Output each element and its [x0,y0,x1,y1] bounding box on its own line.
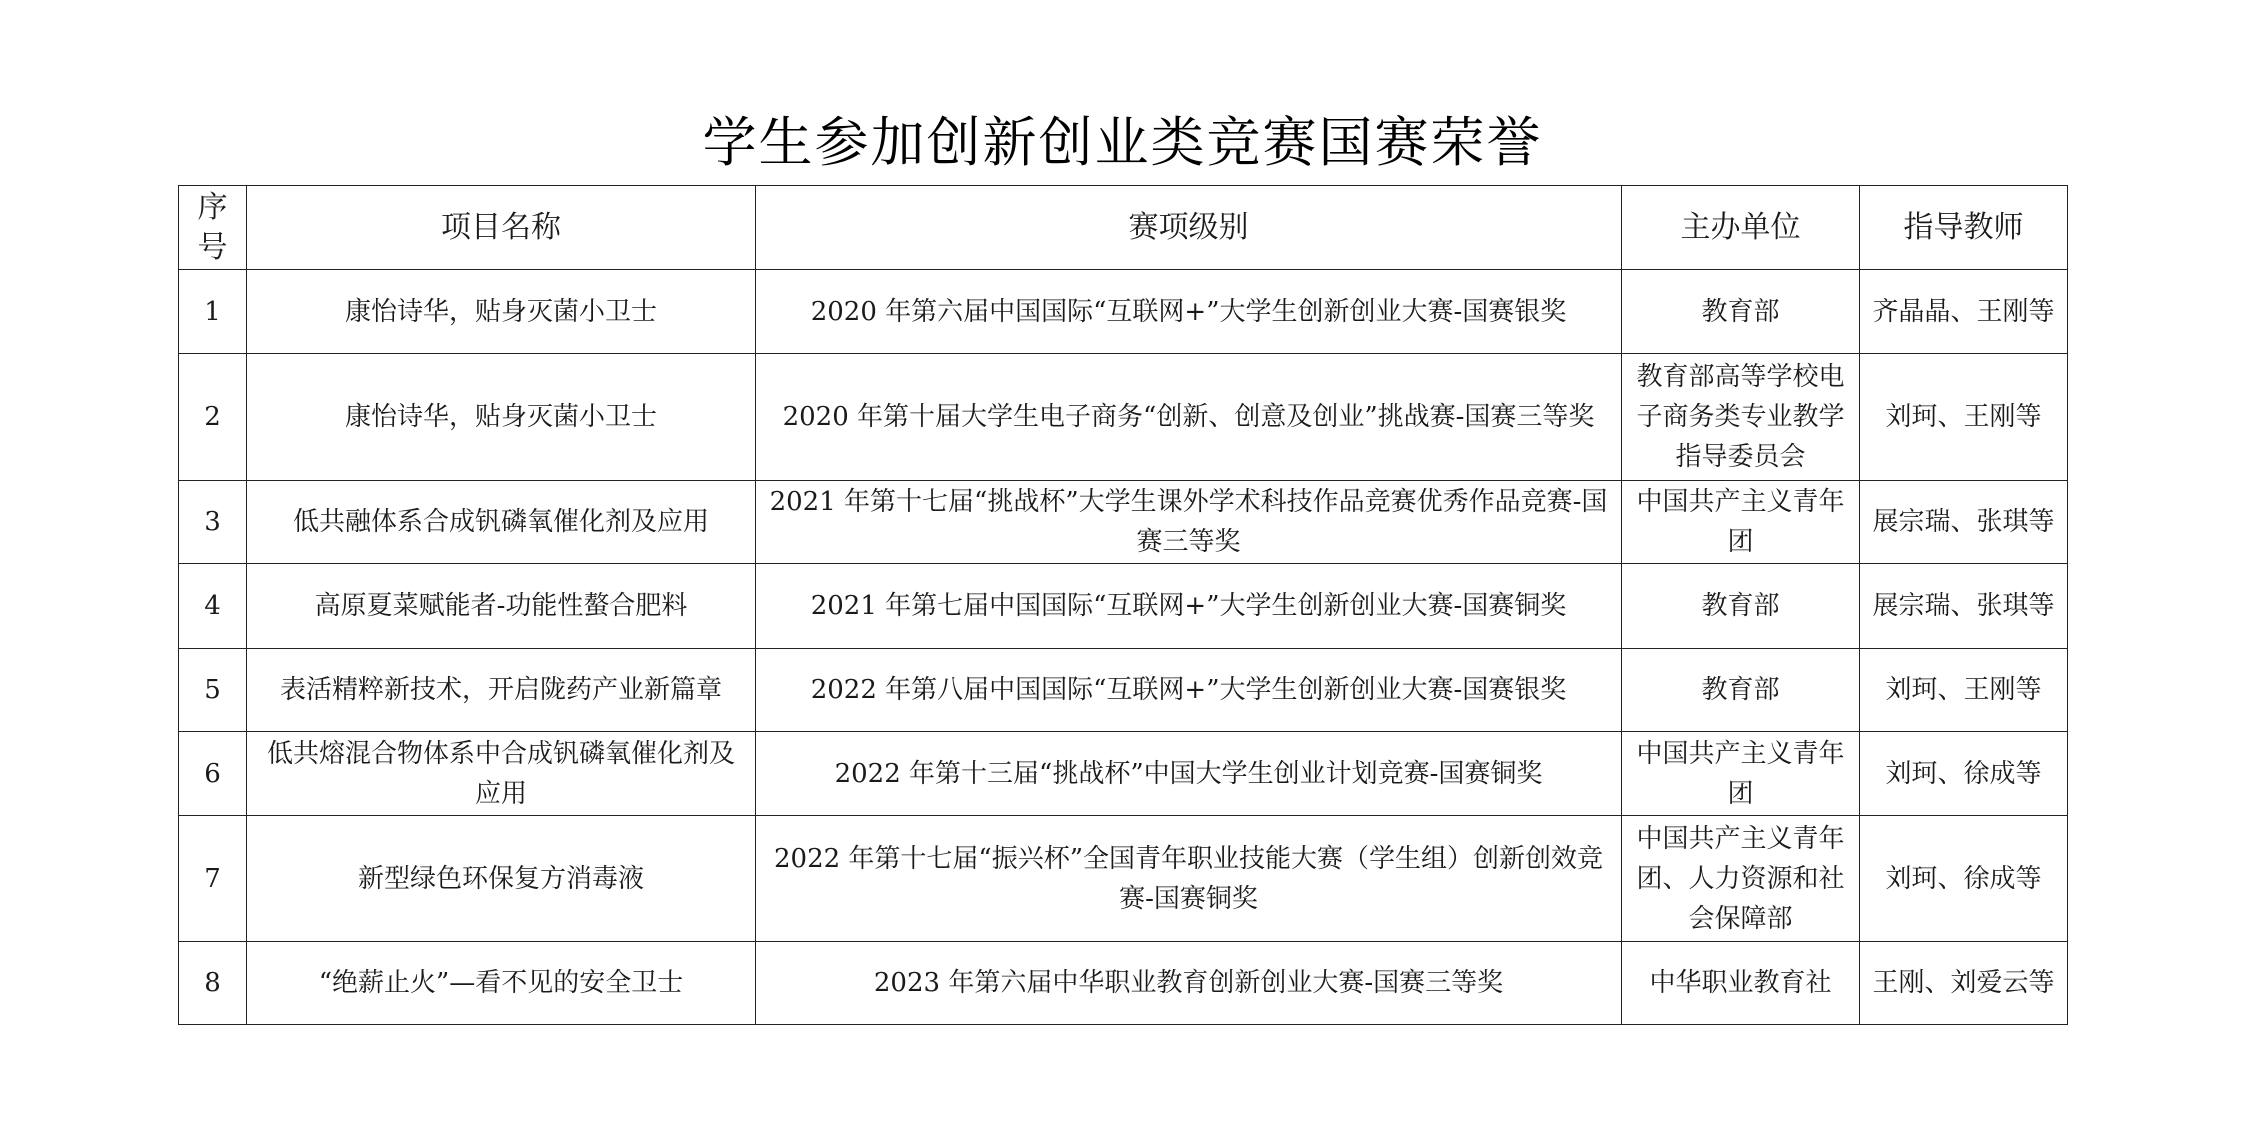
cell-project: 表活精粹新技术，开启陇药产业新篇章 [247,649,756,732]
header-organizer: 主办单位 [1622,186,1860,270]
page-title: 学生参加创新创业类竞赛国赛荣誉 [0,108,2245,178]
header-project: 项目名称 [247,186,756,270]
cell-organizer: 教育部高等学校电子商务类专业教学指导委员会 [1622,354,1860,481]
honors-table: 序号 项目名称 赛项级别 主办单位 指导教师 1 康怡诗华，贴身灭菌小卫士 20… [178,185,2068,1025]
cell-teachers: 展宗瑞、张琪等 [1860,564,2068,649]
cell-teachers: 刘珂、王刚等 [1860,354,2068,481]
cell-teachers: 刘珂、徐成等 [1860,732,2068,816]
table-row: 4 高原夏菜赋能者-功能性螯合肥料 2021 年第七届中国国际“互联网+”大学生… [179,564,2068,649]
cell-organizer: 教育部 [1622,564,1860,649]
table-row: 1 康怡诗华，贴身灭菌小卫士 2020 年第六届中国国际“互联网+”大学生创新创… [179,270,2068,354]
cell-level: 2022 年第十三届“挑战杯”中国大学生创业计划竞赛-国赛铜奖 [756,732,1622,816]
header-index: 序号 [179,186,247,270]
cell-index: 5 [179,649,247,732]
cell-level: 2021 年第七届中国国际“互联网+”大学生创新创业大赛-国赛铜奖 [756,564,1622,649]
cell-organizer: 中国共产主义青年团 [1622,481,1860,564]
cell-project: 高原夏菜赋能者-功能性螯合肥料 [247,564,756,649]
cell-index: 8 [179,942,247,1025]
table-row: 2 康怡诗华，贴身灭菌小卫士 2020 年第十届大学生电子商务“创新、创意及创业… [179,354,2068,481]
cell-organizer: 教育部 [1622,649,1860,732]
cell-level: 2020 年第六届中国国际“互联网+”大学生创新创业大赛-国赛银奖 [756,270,1622,354]
table-row: 6 低共熔混合物体系中合成钒磷氧催化剂及应用 2022 年第十三届“挑战杯”中国… [179,732,2068,816]
cell-index: 2 [179,354,247,481]
cell-project: 低共熔混合物体系中合成钒磷氧催化剂及应用 [247,732,756,816]
cell-teachers: 展宗瑞、张琪等 [1860,481,2068,564]
cell-index: 7 [179,816,247,942]
header-level: 赛项级别 [756,186,1622,270]
header-teachers: 指导教师 [1860,186,2068,270]
table-row: 5 表活精粹新技术，开启陇药产业新篇章 2022 年第八届中国国际“互联网+”大… [179,649,2068,732]
cell-organizer: 教育部 [1622,270,1860,354]
cell-index: 4 [179,564,247,649]
table-row: 3 低共融体系合成钒磷氧催化剂及应用 2021 年第十七届“挑战杯”大学生课外学… [179,481,2068,564]
cell-teachers: 王刚、刘爱云等 [1860,942,2068,1025]
cell-level: 2022 年第八届中国国际“互联网+”大学生创新创业大赛-国赛银奖 [756,649,1622,732]
table-row: 8 “绝薪止火”—看不见的安全卫士 2023 年第六届中华职业教育创新创业大赛-… [179,942,2068,1025]
cell-index: 3 [179,481,247,564]
cell-project: 新型绿色环保复方消毒液 [247,816,756,942]
table-row: 7 新型绿色环保复方消毒液 2022 年第十七届“振兴杯”全国青年职业技能大赛（… [179,816,2068,942]
cell-project: 低共融体系合成钒磷氧催化剂及应用 [247,481,756,564]
header-row: 序号 项目名称 赛项级别 主办单位 指导教师 [179,186,2068,270]
cell-level: 2023 年第六届中华职业教育创新创业大赛-国赛三等奖 [756,942,1622,1025]
cell-index: 6 [179,732,247,816]
cell-teachers: 刘珂、徐成等 [1860,816,2068,942]
cell-level: 2020 年第十届大学生电子商务“创新、创意及创业”挑战赛-国赛三等奖 [756,354,1622,481]
cell-organizer: 中国共产主义青年团 [1622,732,1860,816]
cell-project: “绝薪止火”—看不见的安全卫士 [247,942,756,1025]
cell-teachers: 刘珂、王刚等 [1860,649,2068,732]
cell-index: 1 [179,270,247,354]
cell-level: 2021 年第十七届“挑战杯”大学生课外学术科技作品竞赛优秀作品竞赛-国赛三等奖 [756,481,1622,564]
cell-organizer: 中国共产主义青年团、人力资源和社会保障部 [1622,816,1860,942]
cell-project: 康怡诗华，贴身灭菌小卫士 [247,270,756,354]
cell-organizer: 中华职业教育社 [1622,942,1860,1025]
cell-project: 康怡诗华，贴身灭菌小卫士 [247,354,756,481]
cell-teachers: 齐晶晶、王刚等 [1860,270,2068,354]
cell-level: 2022 年第十七届“振兴杯”全国青年职业技能大赛（学生组）创新创效竞赛-国赛铜… [756,816,1622,942]
